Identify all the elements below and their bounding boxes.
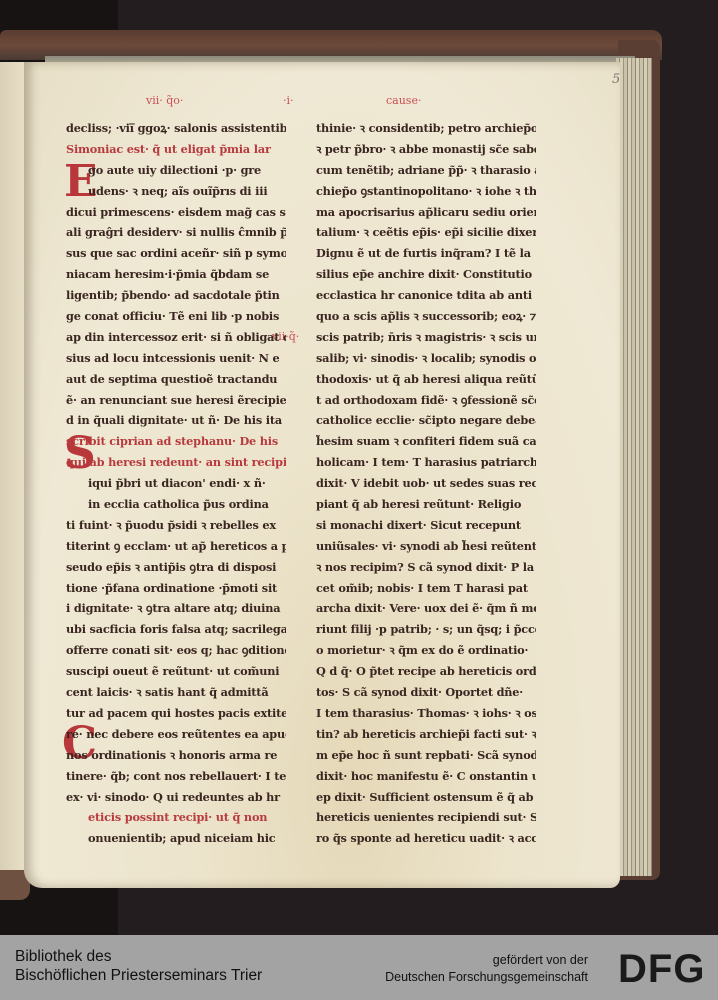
text-line: titerint ꝯ ecclam· ut ap̃ hereticos a p	[66, 536, 286, 557]
text-line: tin? ab hereticis archiep̃i facti sut· ꝛ…	[316, 724, 536, 745]
text-line: dixit· hoc manifestu ẽ· C onstantin uo	[316, 766, 536, 787]
text-line: dicui primescens· eisdem mag̃ cas sub	[66, 202, 286, 223]
text-line: holicam· I tem· T harasius patriarcha	[316, 452, 536, 473]
rubric-line: eticis possint recipi· ut q̃ non	[66, 807, 286, 828]
funding-credit: gefördert von der Deutschen Forschungsge…	[385, 952, 588, 986]
text-line: aut de septima questioẽ tractandu	[66, 369, 286, 390]
text-line: niacam heresim·i·p̃mia q̃bdam se	[66, 264, 286, 285]
rubric-line: qui ab heresi redeunt· an sint recipi	[66, 452, 286, 473]
funding-line2: Deutschen Forschungsgemeinschaft	[385, 969, 588, 986]
text-line: ex· vi· sinodo· Q ui redeuntes ab hr	[66, 787, 286, 808]
text-line: I tem tharasius· Thomas· ꝛ iohs· ꝛ ostan	[316, 703, 536, 724]
text-line: ti fuint· ꝛ p̃uodu p̃sidi ꝛ rebelles ex	[66, 515, 286, 536]
text-line: i dignitate· ꝛ ꝯtra altare atq; diuina	[66, 598, 286, 619]
text-line: in ecclia catholica p̃us ordina	[66, 494, 286, 515]
text-line: thodoxis· ut q̃ ab heresi aliqua reũtũ	[316, 369, 536, 390]
text-line: onuenientib; apud niceiam hic	[66, 828, 286, 849]
text-line: m ep̃e hoc ñ sunt repbati· Scã synod	[316, 745, 536, 766]
text-line: t ad orthodoxam fidẽ· ꝛ ꝯfessionẽ sc̃e	[316, 390, 536, 411]
text-line: ecclastica hr canonice tdita ab anti	[316, 285, 536, 306]
running-head-center: ·i·	[283, 94, 294, 107]
text-line: ali graĝri desiderv· si nullis ĉmnib p̃	[66, 222, 286, 243]
text-line: thinie· ꝛ considentib; petro archiep̃o·	[316, 118, 536, 139]
text-line: si monachi dixert· Sicut recepunt	[316, 515, 536, 536]
text-column-right: thinie· ꝛ considentib; petro archiep̃o· …	[316, 118, 536, 849]
running-head-right: cause·	[386, 94, 421, 107]
text-line: ꝛ petr p̃bro· ꝛ abbe monastij sc̃e sabe …	[316, 139, 536, 160]
text-line: ligentib; p̃bendo· ad sacdotale p̃tin	[66, 285, 286, 306]
text-line: tinere· q̃b; cont nos rebellauert· I te	[66, 766, 286, 787]
text-line: talium· ꝛ ceẽtis ep̃is· ep̃i sicilie dix…	[316, 222, 536, 243]
text-line: ge conat officiu· Tẽ eni lib ·p nobis	[66, 306, 286, 327]
text-line: tione ·p̃fana ordinatione ·p̃moti sit	[66, 578, 286, 599]
text-line: cet om̃ib; nobis· I tem T harasi pat	[316, 578, 536, 599]
text-line: silius ep̃e anchire dixit· Constitutio	[316, 264, 536, 285]
text-line: cum tenẽtib; adriane p̃p̃· ꝛ tharasio ar	[316, 160, 536, 181]
text-line: tos· S cã synod dixit· Oportet dñe·	[316, 682, 536, 703]
funding-line1: gefördert von der	[385, 952, 588, 969]
text-line: scis patrib; n̄ris ꝛ magistris· ꝛ scis u…	[316, 327, 536, 348]
text-line: uniũsales· vi· synodi ab h̃esi reũtentes	[316, 536, 536, 557]
text-line: sius ad locu intcessionis uenit· N e	[66, 348, 286, 369]
text-line: ubi sacficia foris falsa atq; sacrilega	[66, 619, 286, 640]
text-line: decliss; ·vii̅ ggoꝝ· salonis assistentib…	[66, 118, 286, 139]
text-line: quo a scis ap̃lis ꝛ successorib; eoꝝ· ⁊	[316, 306, 536, 327]
text-line: iqui p̃bri ut diacon' endi· x ñ·	[66, 473, 286, 494]
text-line: d in q̃uali dignitate· ut ñ· De his ita	[66, 410, 286, 431]
text-line: catholice ecclie· sc̃ipto negare debeant	[316, 410, 536, 431]
folio-number: 5	[612, 72, 620, 87]
text-line: ap din intercessoz erit· si ñ obligat de	[66, 327, 286, 348]
text-line: o morietur· ꝛ q̃m ex do ẽ ordinatio·	[316, 640, 536, 661]
text-line: riunt filij ·p patrib; · s; un q̃sq; i p…	[316, 619, 536, 640]
text-line: Dignu ẽ ut de furtis inq̃ram? I tẽ la	[316, 243, 536, 264]
text-line: salib; vi· sinodis· ꝛ localib; synodis o…	[316, 348, 536, 369]
library-credit: Bibliothek des Bischöflichen Priestersem…	[15, 947, 262, 985]
text-line: udens· ꝛ neq; aĩs ouĩp̃rıs di iii	[66, 181, 286, 202]
library-name-line1: Bibliothek des	[15, 947, 262, 966]
text-line: h̃esim suam ꝛ confiteri fidem suã cat	[316, 431, 536, 452]
text-line: offerre conati sit· eos q; hac ꝯditione	[66, 640, 286, 661]
text-line: Q d q̃· O p̃tet recipe ab hereticis ordi…	[316, 661, 536, 682]
running-head-left: vii· q̃o·	[146, 94, 183, 107]
text-line: sus que sac ordini aceñr· siñ p symo	[66, 243, 286, 264]
text-line: ma apocrisarius ap̃licaru sediu orien	[316, 202, 536, 223]
text-line: tur ad pacem qui hostes pacis extite	[66, 703, 286, 724]
text-column-left: decliss; ·vii̅ ggoꝝ· salonis assistentib…	[66, 118, 286, 849]
left-page-edge	[0, 62, 24, 882]
text-line: cent laicis· ꝛ satis hant q̃ admittã	[66, 682, 286, 703]
text-line: seudo ep̃is ꝛ antip̃is ꝯtra di disposi	[66, 557, 286, 578]
text-line: go aute uiy dilectioni ·p· gre	[66, 160, 286, 181]
text-line: chiep̃o ꝯstantinopolitano· ꝛ iohe ꝛ tho	[316, 181, 536, 202]
text-line: re· nec debere eos reũtentes ea apud	[66, 724, 286, 745]
text-line: hereticis uenientes recipiendi sut· Si u…	[316, 807, 536, 828]
text-line: suscipi oueut ẽ reũtunt· ut com̃uni	[66, 661, 286, 682]
library-name-line2: Bischöflichen Priesterseminars Trier	[15, 966, 262, 985]
rubric-line: scribit ciprian ad stephanu· De his	[66, 431, 286, 452]
text-line: ꝛ nos recipim? S cã synod dixit· P la	[316, 557, 536, 578]
text-line: ro q̃s sponte ad hereticu uadit· ꝛ accep	[316, 828, 536, 849]
text-line: nos ordinationis ꝛ honoris arma re	[66, 745, 286, 766]
text-line: archa dixit· Vere· uox dei ẽ· q̃m ñ mo	[316, 598, 536, 619]
text-line: dixit· V idebit uob· ut sedes suas reci	[316, 473, 536, 494]
text-line: piant q̃ ab heresi reũtunt· Religio	[316, 494, 536, 515]
text-line: ẽ· an renunciant sue heresi ẽrecipie	[66, 390, 286, 411]
text-line: ep dixit· Sufficient ostensum ẽ q̃ ab	[316, 787, 536, 808]
rubric-line: Simoniac est· q̃ ut eligat p̃mia lar	[66, 139, 286, 160]
dfg-logo: DFG	[618, 950, 705, 988]
page-fore-edge	[616, 58, 652, 876]
